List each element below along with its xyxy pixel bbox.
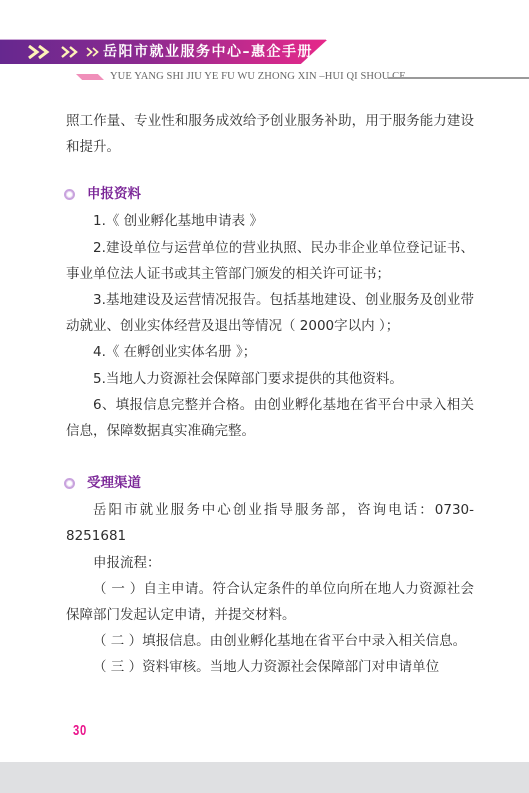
list-item: 3.基地建设及运营情况报告。包括基地建设、创业服务及创业带动就业、创业实体经营及… (66, 287, 474, 339)
process-label: 申报流程： (66, 550, 474, 576)
section-title: 申报资料 (87, 181, 141, 207)
page-number: 30 (73, 722, 87, 739)
double-chevron-icon (28, 44, 50, 60)
list-item: 1.《 创业孵化基地申请表 》 (66, 208, 474, 234)
spacer (66, 160, 474, 181)
spacer (66, 444, 474, 470)
ring-bullet-icon (64, 478, 75, 489)
decorative-parallelogram (76, 74, 104, 80)
process-step: （ 一 ）自主申请。符合认定条件的单位向所在地人力资源社会保障部门发起认定申请，… (66, 576, 474, 628)
process-step: （ 二 ）填报信息。由创业孵化基地在省平台中录入相关信息。 (66, 628, 474, 654)
header-top-rule (0, 39, 326, 40)
section-heading-materials: 申报资料 (66, 181, 474, 207)
intro-paragraph: 照工作量、专业性和服务成效给予创业服务补助，用于服务能力建设和提升。 (66, 108, 474, 160)
subtitle-rule (388, 77, 529, 79)
pinyin-subtitle: YUE YANG SHI JIU YE FU WU ZHONG XIN –HUI… (110, 70, 406, 84)
contact-paragraph: 岳阳市就业服务中心创业指导服务部，咨询电话：0730-8251681 (66, 497, 474, 549)
double-chevron-icon (61, 44, 79, 60)
list-item: 4.《 在孵创业实体名册 》； (66, 339, 474, 365)
footer-band (0, 762, 529, 793)
section-heading-channels: 受理渠道 (66, 470, 474, 496)
list-item: 6、填报信息完整并合格。由创业孵化基地在省平台中录入相关信息，保障数据真实准确完… (66, 392, 474, 444)
list-item: 5.当地人力资源社会保障部门要求提供的其他资料。 (66, 366, 474, 392)
process-step: （ 三 ）资料审核。当地人力资源社会保障部门对申请单位 (66, 654, 474, 680)
handbook-title: 岳阳市就业服务中心–惠企手册 (103, 42, 313, 62)
page-body: 照工作量、专业性和服务成效给予创业服务补助，用于服务能力建设和提升。 申报资料 … (66, 108, 474, 681)
section-title: 受理渠道 (87, 470, 141, 496)
list-item: 2.建设单位与运营单位的营业执照、民办非企业单位登记证书、事业单位法人证书或其主… (66, 235, 474, 287)
double-chevron-small-icon (86, 44, 100, 60)
ring-bullet-icon (64, 189, 75, 200)
